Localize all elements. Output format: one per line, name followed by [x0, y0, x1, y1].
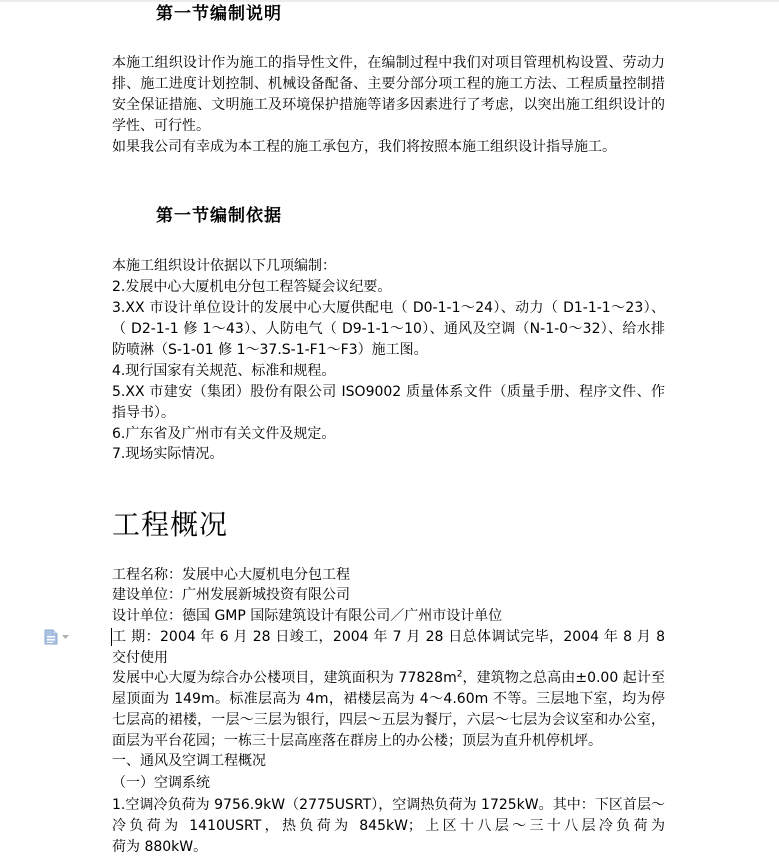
subsection-heading-hvac: 一、通风及空调工程概况 — [112, 751, 266, 771]
list-intro: 本施工组织设计依据以下几项编制： — [112, 256, 336, 276]
chevron-down-icon — [62, 635, 69, 640]
schedule-line-continued: 交付使用 — [112, 648, 168, 668]
window-top-edge — [0, 0, 779, 2]
overview-line: 面层为平台花园；一栋三十层高座落在群房上的办公楼；顶层为直升机停机坪。 — [112, 731, 602, 751]
list-item: 3.XX 市设计单位设计的发展中心大厦供配电（ D0-1-1～24）、动力（ D… — [112, 298, 665, 318]
list-item-continued: 防喷淋（S-1-01 修 1～37.S-1-F1～F3）施工图。 — [112, 340, 428, 360]
paragraph-options-button[interactable] — [44, 628, 70, 646]
paragraph-line: 排、施工进度计划控制、机械设备配备、主要分部分项工程的施工方法、工程质量控制措施… — [112, 74, 665, 94]
subsubsection-heading-ac-system: （一）空调系统 — [112, 773, 210, 793]
design-unit: 设计单位：德国 GMP 国际建筑设计有限公司／广州市设计单位 — [112, 606, 502, 626]
paragraph-options-icon — [44, 629, 58, 645]
ac-line: 荷为 880kW。 — [112, 837, 207, 857]
owner-unit: 建设单位：广州发展新城投资有限公司 — [112, 585, 350, 605]
list-item-continued: （ D2-1-1 修 1～43）、人防电气（ D9-1-1～10）、通风及空调（… — [112, 319, 665, 339]
schedule-line[interactable]: 工 期：2004 年 6 月 28 日竣工，2004 年 7 月 28 日总体调… — [112, 627, 665, 647]
list-item: 7.现场实际情况。 — [112, 444, 223, 464]
chapter-heading-project-overview: 工程概况 — [112, 508, 228, 542]
ac-line: 1.空调冷负荷为 9756.9kW（2775USRT），空调热负荷为 1725k… — [112, 795, 665, 815]
paragraph-line: 安全保证措施、文明施工及环境保护措施等诸多因素进行了考虑，以突出施工组织设计的科 — [112, 95, 665, 115]
list-item: 6.广东省及广州市有关文件及规定。 — [112, 424, 335, 444]
list-item: 2.发展中心大厦机电分包工程答疑会议纪要。 — [112, 277, 391, 297]
overview-line: 七层高的裙楼，一层～三层为银行，四层～五层为餐厅，六层～七层为会议室和办公室，屋 — [112, 710, 665, 730]
list-item: 4.现行国家有关规范、标准和规程。 — [112, 361, 335, 381]
paragraph-line: 学性、可行性。 — [112, 116, 210, 136]
list-item: 5.XX 市建安（集团）股份有限公司 ISO9002 质量体系文件（质量手册、程… — [112, 382, 665, 402]
ac-line: 冷负荷为 1410USRT，热负荷为 845kW；上区十八层～三十八层冷负荷为 … — [112, 816, 665, 836]
text-cursor — [111, 628, 112, 646]
section-heading-compilation-basis: 第一节编制依据 — [156, 205, 282, 227]
paragraph-line: 本施工组织设计作为施工的指导性文件，在编制过程中我们对项目管理机构设置、劳动力安 — [112, 53, 665, 73]
overview-text: 发展中心大厦为综合办公楼项目，建筑面积为 77828m — [112, 670, 457, 686]
paragraph-line: 如果我公司有幸成为本工程的施工承包方，我们将按照本施工组织设计指导施工。 — [112, 137, 616, 157]
overview-line: 发展中心大厦为综合办公楼项目，建筑面积为 77828m2，建筑物之总高由±0.0… — [112, 668, 665, 688]
overview-line: 屋顶面为 149m。标准层高为 4m，裙楼层高为 4～4.60m 不等。三层地下… — [112, 689, 665, 709]
project-name: 工程名称：发展中心大厦机电分包工程 — [112, 565, 350, 585]
list-item-continued: 指导书）。 — [112, 403, 175, 423]
section-heading-compilation-notes: 第一节编制说明 — [156, 3, 282, 25]
